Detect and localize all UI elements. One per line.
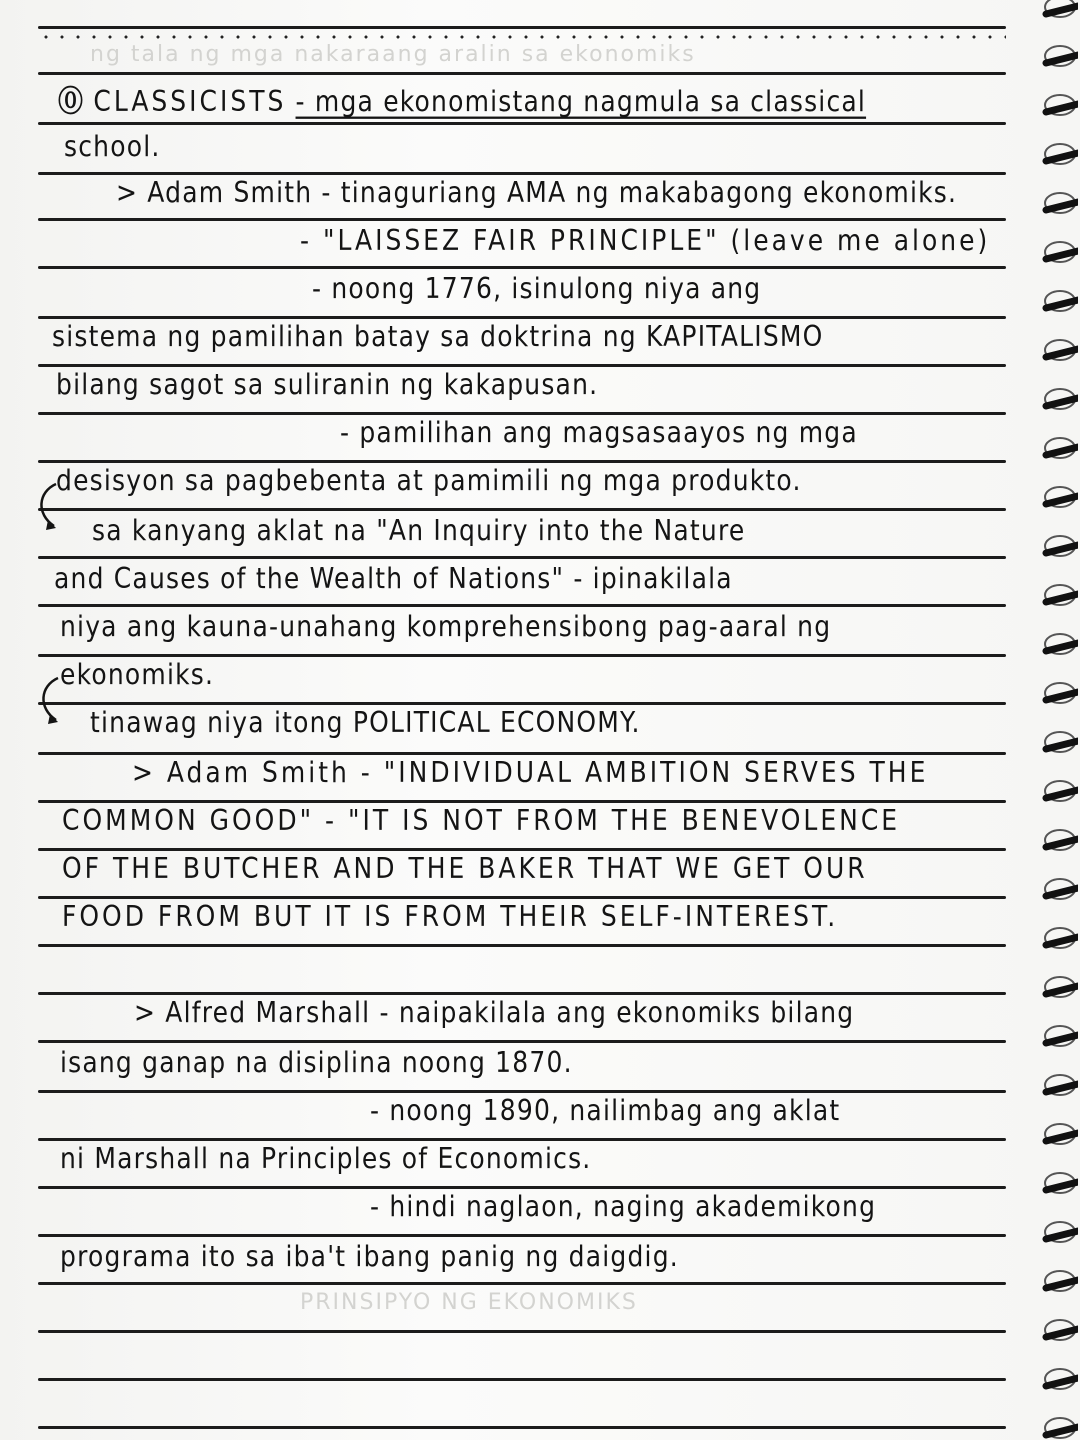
heading-marker: ⓪ <box>58 84 84 117</box>
heading-line: ⓪ CLASSICISTS - mga ekonomistang nagmula… <box>58 79 866 120</box>
bleed-through-text: ng tala ng mga nakaraang aralin sa ekono… <box>90 42 696 67</box>
spiral-binding <box>1020 0 1080 1440</box>
note-line: FOOD FROM BUT IT IS FROM THEIR SELF-INTE… <box>62 900 838 933</box>
note-line: niya ang kauna-unahang komprehensibong p… <box>60 610 831 643</box>
ruled-line <box>38 122 1006 125</box>
ruled-line <box>38 460 1006 463</box>
dotted-border <box>38 34 1006 40</box>
spiral-ring-icon <box>1034 1219 1078 1249</box>
ruled-line <box>38 752 1006 755</box>
ruled-line <box>38 1138 1006 1141</box>
spiral-ring-icon <box>1034 1121 1078 1151</box>
ruled-line <box>38 654 1006 657</box>
ruled-line <box>38 556 1006 559</box>
spiral-ring-icon <box>1034 190 1078 220</box>
note-line: tinawag niya itong POLITICAL ECONOMY. <box>90 706 641 739</box>
spiral-ring-icon <box>1034 1317 1078 1347</box>
spiral-ring-icon <box>1034 288 1078 318</box>
ruled-line <box>38 508 1006 511</box>
spiral-ring-icon <box>1034 239 1078 269</box>
ruled-line <box>38 1330 1006 1333</box>
spiral-ring-icon <box>1034 1366 1078 1396</box>
ruled-line <box>38 1186 1006 1189</box>
note-line: OF THE BUTCHER AND THE BAKER THAT WE GET… <box>62 852 868 885</box>
note-line: - noong 1776, isinulong niya ang <box>312 272 761 305</box>
ruled-line <box>38 218 1006 221</box>
heading-definition: - mga ekonomistang nagmula sa classical <box>296 84 867 117</box>
note-line: - hindi naglaon, naging akademikong <box>370 1190 876 1223</box>
ruled-line <box>38 848 1006 851</box>
spiral-ring-icon <box>1034 680 1078 710</box>
spiral-ring-icon <box>1034 974 1078 1004</box>
note-line: - "LAISSEZ FAIR PRINCIPLE" (leave me alo… <box>300 224 990 257</box>
spiral-ring-icon <box>1034 1415 1078 1440</box>
note-line: COMMON GOOD" - "IT IS NOT FROM THE BENEV… <box>62 804 900 837</box>
ruled-line <box>38 1234 1006 1237</box>
spiral-ring-icon <box>1034 1072 1078 1102</box>
note-line: - noong 1890, nailimbag ang aklat <box>370 1094 840 1127</box>
ruled-line <box>38 316 1006 319</box>
ruled-line <box>38 172 1006 175</box>
note-line: ekonomiks. <box>60 658 214 691</box>
ruled-line <box>38 604 1006 607</box>
ruled-line <box>38 1426 1006 1429</box>
note-line: ni Marshall na Principles of Economics. <box>60 1142 591 1175</box>
ruled-line <box>38 800 1006 803</box>
spiral-ring-icon <box>1034 43 1078 73</box>
top-rule <box>38 26 1006 29</box>
curved-arrow-icon <box>34 478 74 538</box>
spiral-ring-icon <box>1034 778 1078 808</box>
note-line: programa ito sa iba't ibang panig ng dai… <box>60 1240 679 1273</box>
ruled-line <box>38 72 1006 75</box>
ruled-line <box>38 266 1006 269</box>
spiral-ring-icon <box>1034 435 1078 465</box>
spiral-ring-icon <box>1034 533 1078 563</box>
ruled-line <box>38 944 1006 947</box>
note-line: sistema ng pamilihan batay sa doktrina n… <box>52 320 824 353</box>
bleed-through-text: PRINSIPYO NG EKONOMIKS <box>300 1290 638 1315</box>
spiral-ring-icon <box>1034 92 1078 122</box>
spiral-ring-icon <box>1034 337 1078 367</box>
spiral-ring-icon <box>1034 386 1078 416</box>
ruled-line <box>38 702 1006 705</box>
ruled-line <box>38 1040 1006 1043</box>
note-line: bilang sagot sa suliranin ng kakapusan. <box>56 368 598 401</box>
spiral-ring-icon <box>1034 484 1078 514</box>
spiral-ring-icon <box>1034 925 1078 955</box>
spiral-ring-icon <box>1034 582 1078 612</box>
spiral-ring-icon <box>1034 631 1078 661</box>
ruled-line <box>38 896 1006 899</box>
spiral-ring-icon <box>1034 827 1078 857</box>
note-line: isang ganap na disiplina noong 1870. <box>60 1046 573 1079</box>
note-line: > Alfred Marshall - naipakilala ang ekon… <box>134 996 854 1029</box>
spiral-ring-icon <box>1034 0 1078 24</box>
note-line: - pamilihan ang magsasaayos ng mga <box>340 416 858 449</box>
ruled-line <box>38 1282 1006 1285</box>
ruled-line <box>38 364 1006 367</box>
note-line: > Adam Smith - tinaguriang AMA ng makaba… <box>116 176 957 209</box>
ruled-line <box>38 992 1006 995</box>
note-line: and Causes of the Wealth of Nations" - i… <box>54 562 733 595</box>
spiral-ring-icon <box>1034 1170 1078 1200</box>
ruled-line <box>38 1378 1006 1381</box>
heading-term: CLASSICISTS <box>93 84 286 117</box>
spiral-ring-icon <box>1034 729 1078 759</box>
note-line: desisyon sa pagbebenta at pamimili ng mg… <box>56 464 802 497</box>
spiral-ring-icon <box>1034 876 1078 906</box>
ruled-line <box>38 1090 1006 1093</box>
ruled-line <box>38 412 1006 415</box>
spiral-ring-icon <box>1034 1268 1078 1298</box>
note-line: school. <box>64 130 161 163</box>
note-line: sa kanyang aklat na "An Inquiry into the… <box>92 514 745 547</box>
spiral-ring-icon <box>1034 1023 1078 1053</box>
notebook-page: ng tala ng mga nakaraang aralin sa ekono… <box>0 0 1080 1440</box>
curved-arrow-icon <box>36 672 76 732</box>
spiral-ring-icon <box>1034 141 1078 171</box>
note-line: > Adam Smith - "INDIVIDUAL AMBITION SERV… <box>132 756 928 789</box>
